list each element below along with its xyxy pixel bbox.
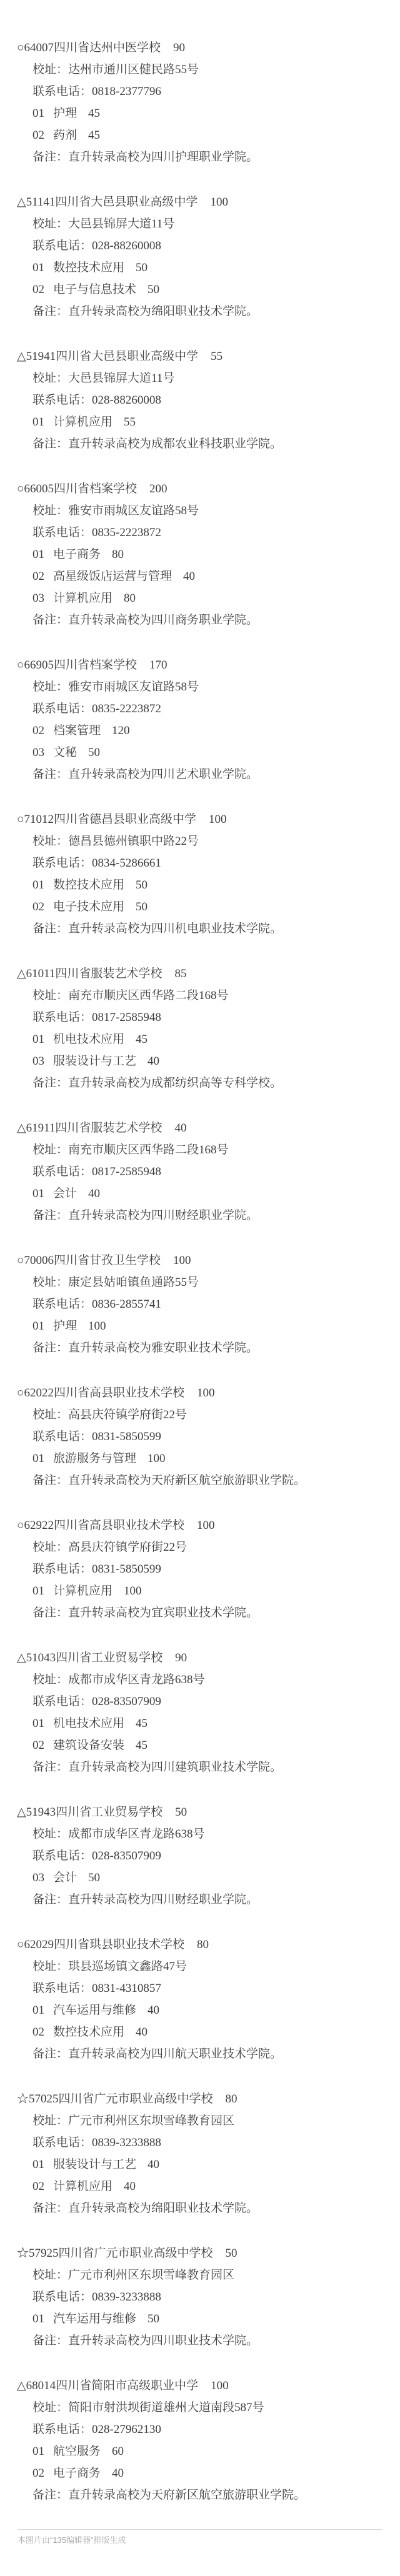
phone-label: 联系电话： [32,1430,92,1443]
major-row: 01计算机应用55 [0,411,400,433]
major-name: 航空服务 [53,2445,101,2458]
remark-value: 直升转录高校为四川建筑职业技术学院。 [68,1761,282,1774]
phone-value: 0834-5286661 [92,857,161,870]
school-title-row: ○66005四川省档案学校200 [0,478,400,500]
school-phone-row: 联系电话：0835-2223872 [0,522,400,544]
major-row: 01服装设计与工艺40 [0,2154,400,2176]
major-name: 汽车运用与维修 [53,2004,136,2017]
school-code: 64007 [24,41,54,54]
major-row: 03服装设计与工艺40 [0,1050,400,1072]
school-code: 57925 [29,2247,59,2260]
major-number: 02 [32,1739,44,1752]
major-quota: 50 [136,878,147,892]
phone-value: 0831-4310857 [92,1982,161,1995]
school-code: 71012 [24,813,54,826]
school-entry: ☆57025四川省广元市职业高级中学校80 校址：广元市利州区东坝雪峰教育园区 … [0,2088,400,2219]
major-name: 计算机应用 [53,1584,112,1598]
major-name: 电子商务 [53,548,101,561]
address-value: 成都市成华区青龙路638号 [68,1673,205,1686]
major-row: 02电子商务40 [0,2462,400,2484]
school-name: 四川省德昌县职业高级中学 [54,813,196,826]
school-marker-icon: ☆ [17,2092,29,2106]
school-name: 四川省简阳市高级职业中学 [56,2379,198,2392]
school-code: 51043 [26,1651,56,1664]
school-name: 四川省达州中医学校 [54,41,161,54]
address-value: 雅安市雨城区友谊路58号 [68,504,199,517]
school-entry: ○62922四川省高县职业技术学校100 校址：高县庆符镇学府街22号 联系电话… [0,1514,400,1624]
school-name: 四川省档案学校 [54,659,137,672]
major-name: 汽车运用与维修 [53,2312,136,2325]
school-phone-row: 联系电话：0835-2223872 [0,698,400,720]
phone-label: 联系电话： [32,526,92,539]
major-number: 01 [32,415,44,429]
major-number: 02 [32,724,44,737]
school-total-quota: 85 [174,967,186,980]
phone-label: 联系电话： [32,702,92,715]
major-quota: 50 [88,1871,100,1884]
school-marker-icon: △ [17,1121,26,1135]
school-code: 51141 [26,196,56,209]
school-address-row: 校址：广元市利州区东坝雪峰教育园区 [0,2264,400,2286]
major-number: 01 [32,1584,44,1598]
major-number: 02 [32,900,44,913]
school-title-row: ☆57025四川省广元市职业高级中学校80 [0,2088,400,2110]
remark-label: 备注： [32,2202,68,2215]
school-marker-icon: ○ [17,813,24,826]
major-quota: 40 [88,1187,100,1200]
phone-label: 联系电话： [32,1298,92,1311]
address-label: 校址： [32,1673,68,1686]
major-row: 02计算机应用40 [0,2176,400,2197]
remark-label: 备注： [32,151,68,164]
major-number: 02 [32,283,44,296]
school-name: 四川省大邑县职业高级中学 [56,350,198,363]
major-name: 建筑设备安装 [53,1739,124,1752]
address-label: 校址： [32,1960,68,1973]
school-entry: △68014四川省简阳市高级职业中学100 校址：简阳市射洪坝街道雄州大道南段5… [0,2375,400,2506]
major-quota: 50 [147,283,159,296]
phone-value: 028-88260008 [92,394,161,407]
school-code: 70006 [24,1254,54,1267]
school-total-quota: 100 [211,2379,229,2392]
major-number: 01 [32,1033,44,1046]
remark-label: 备注： [32,1341,68,1355]
school-total-quota: 100 [209,813,227,826]
address-label: 校址： [32,504,68,517]
school-entry: △61011四川省服装艺术学校85 校址：南充市顺庆区西华路二段168号 联系电… [0,963,400,1094]
phone-label: 联系电话： [32,2423,92,2436]
remark-label: 备注： [32,1209,68,1222]
school-total-quota: 50 [226,2247,237,2260]
school-code: 61011 [26,967,56,980]
school-address-row: 校址：雅安市雨城区友谊路58号 [0,676,400,698]
address-label: 校址： [32,1541,68,1554]
school-entry: △51141四川省大邑县职业高级中学100 校址：大邑县锦屏大道11号 联系电话… [0,191,400,322]
major-name: 会计 [53,1187,77,1200]
school-address-row: 校址：珙县巡场镇文鑫路47号 [0,1956,400,1977]
address-value: 珙县巡场镇文鑫路47号 [68,1960,187,1973]
footer-divider [17,2529,382,2530]
school-entry: ○62029四川省珙县职业技术学校80 校址：珙县巡场镇文鑫路47号 联系电话：… [0,1934,400,2065]
major-quota: 40 [124,2180,136,2193]
school-name: 四川省服装艺术学校 [55,1121,162,1135]
remark-label: 备注： [32,2047,68,2061]
major-name: 护理 [53,1320,77,1333]
major-quota: 120 [112,724,130,737]
remark-value: 直升转录高校为天府新区航空旅游职业学院。 [68,1474,306,1487]
major-number: 03 [32,592,44,605]
major-row: 02药剂45 [0,124,400,146]
major-name: 计算机应用 [53,415,112,429]
school-code: 62029 [24,1938,54,1951]
major-name: 机电技术应用 [53,1717,124,1730]
address-value: 广元市利州区东坝雪峰教育园区 [68,2114,234,2127]
address-value: 大邑县锦屏大道11号 [68,217,174,231]
major-quota: 50 [136,900,147,913]
phone-value: 0835-2223872 [92,702,161,715]
school-entry: ○62022四川省高县职业技术学校100 校址：高县庆符镇学府街22号 联系电话… [0,1382,400,1491]
address-value: 达州市通川区健民路55号 [68,63,199,76]
footer-credit: 本图片由“135编辑器”排版生成 [0,2535,400,2546]
major-name: 高星级饭店运营与管理 [53,570,172,583]
major-name: 会计 [53,1871,77,1884]
phone-label: 联系电话： [32,1849,92,1862]
school-total-quota: 80 [197,1938,209,1951]
school-title-row: ○66905四川省档案学校170 [0,654,400,676]
school-phone-row: 联系电话：0839-3233888 [0,2286,400,2308]
remark-label: 备注： [32,1761,68,1774]
major-quota: 100 [88,1320,106,1333]
major-quota: 40 [147,1055,159,1068]
school-address-row: 校址：成都市成华区青龙路638号 [0,1669,400,1691]
school-marker-icon: △ [17,1651,26,1664]
address-label: 校址： [32,2401,68,2414]
address-value: 广元市利州区东坝雪峰教育园区 [68,2269,234,2282]
school-name: 四川省高县职业技术学校 [54,1519,184,1532]
major-number: 01 [32,878,44,892]
school-code: 61911 [26,1121,56,1135]
phone-value: 0818-2377796 [92,85,161,98]
remark-value: 直升转录高校为成都农业科技职业学院。 [68,437,282,450]
phone-value: 0817-2585948 [92,1011,161,1024]
school-total-quota: 90 [173,41,185,54]
school-phone-row: 联系电话：0818-2377796 [0,81,400,102]
school-marker-icon: ○ [17,1386,24,1400]
major-number: 03 [32,1055,44,1068]
school-marker-icon: △ [17,2379,26,2392]
school-phone-row: 联系电话：0817-2585948 [0,1161,400,1183]
major-name: 计算机应用 [53,592,112,605]
school-marker-icon: △ [17,967,26,980]
address-label: 校址： [32,1828,68,1841]
school-total-quota: 170 [149,659,167,672]
major-name: 文秘 [53,746,77,759]
school-marker-icon: ○ [17,41,24,54]
school-remark-row: 备注：直升转录高校为成都纺织高等专科学校。 [0,1072,400,1094]
major-quota: 40 [136,2026,147,2039]
remark-value: 直升转录高校为天府新区航空旅游职业学院。 [68,2489,306,2502]
school-code: 57025 [29,2092,59,2106]
major-number: 03 [32,746,44,759]
major-number: 02 [32,2180,44,2193]
phone-value: 0817-2585948 [92,1165,161,1178]
phone-value: 0831-5850599 [92,1563,161,1576]
school-phone-row: 联系电话：0831-5850599 [0,1426,400,1448]
major-quota: 60 [112,2445,124,2458]
school-title-row: ○62022四川省高县职业技术学校100 [0,1382,400,1404]
school-total-quota: 200 [149,482,167,495]
address-value: 南充市顺庆区西华路二段168号 [68,1143,229,1156]
school-total-quota: 100 [197,1519,215,1532]
major-number: 01 [32,1717,44,1730]
school-total-quota: 100 [173,1254,191,1267]
school-address-row: 校址：高县庆符镇学府街22号 [0,1536,400,1558]
school-phone-row: 联系电话：028-88260008 [0,235,400,257]
address-label: 校址： [32,2269,68,2282]
school-address-row: 校址：大邑县锦屏大道11号 [0,367,400,389]
school-name: 四川省甘孜卫生学校 [54,1254,161,1267]
remark-value: 直升转录高校为绵阳职业技术学院。 [68,305,258,318]
major-number: 01 [32,2004,44,2017]
major-number: 01 [32,1320,44,1333]
major-name: 档案管理 [53,724,101,737]
school-entry: ○66905四川省档案学校170 校址：雅安市雨城区友谊路58号 联系电话：08… [0,654,400,785]
school-address-row: 校址：大邑县锦屏大道11号 [0,213,400,235]
school-entry: ○66005四川省档案学校200 校址：雅安市雨城区友谊路58号 联系电话：08… [0,478,400,631]
school-code: 66905 [24,659,54,672]
address-label: 校址： [32,1276,68,1289]
school-title-row: △51941四川省大邑县职业高级中学55 [0,346,400,367]
phone-label: 联系电话： [32,857,92,870]
school-address-row: 校址：成都市成华区青龙路638号 [0,1823,400,1845]
major-name: 服装设计与工艺 [53,2158,136,2171]
school-entry: ○70006四川省甘孜卫生学校100 校址：康定县姑咱镇鱼通路55号 联系电话：… [0,1250,400,1359]
major-name: 旅游服务与管理 [53,1452,136,1465]
major-name: 药剂 [53,129,77,142]
major-number: 01 [32,261,44,274]
major-quota: 45 [136,1717,147,1730]
school-title-row: ○62922四川省高县职业技术学校100 [0,1514,400,1536]
address-value: 康定县姑咱镇鱼通路55号 [68,1276,199,1289]
phone-label: 联系电话： [32,2136,92,2149]
school-entry: △51043四川省工业贸易学校90 校址：成都市成华区青龙路638号 联系电话：… [0,1647,400,1778]
school-address-row: 校址：雅安市雨城区友谊路58号 [0,500,400,522]
remark-value: 直升转录高校为成都纺织高等专科学校。 [68,1077,282,1090]
school-name: 四川省广元市职业高级中学校 [59,2092,213,2106]
major-row: 01汽车运用与维修50 [0,2308,400,2330]
phone-label: 联系电话： [32,1982,92,1995]
remark-label: 备注： [32,614,68,627]
school-title-row: ☆57925四川省广元市职业高级中学校50 [0,2242,400,2264]
school-phone-row: 联系电话：028-27962130 [0,2419,400,2440]
school-phone-row: 联系电话：0834-5286661 [0,852,400,874]
major-quota: 55 [124,415,136,429]
address-value: 德昌县德州镇职中路22号 [68,835,199,848]
major-row: 02高星级饭店运营与管理40 [0,565,400,587]
major-name: 电子商务 [53,2467,101,2480]
remark-value: 直升转录高校为四川职业技术学院。 [68,2334,258,2347]
school-entry: △51941四川省大邑县职业高级中学55 校址：大邑县锦屏大道11号 联系电话：… [0,346,400,455]
school-address-row: 校址：高县庆符镇学府街22号 [0,1404,400,1426]
school-marker-icon: △ [17,1806,26,1819]
school-total-quota: 55 [211,350,222,363]
remark-value: 直升转录高校为四川财经职业学院。 [68,1209,258,1222]
phone-label: 联系电话： [32,1165,92,1178]
school-total-quota: 80 [226,2092,237,2106]
major-row: 03会计50 [0,1867,400,1889]
school-phone-row: 联系电话：028-83507909 [0,1691,400,1713]
school-title-row: △61011四川省服装艺术学校85 [0,963,400,985]
school-marker-icon: ☆ [17,2247,29,2260]
major-name: 数控技术应用 [53,2026,124,2039]
remark-value: 直升转录高校为绵阳职业技术学院。 [68,2202,258,2215]
address-label: 校址： [32,217,68,231]
major-number: 01 [32,548,44,561]
school-remark-row: 备注：直升转录高校为四川艺术职业学院。 [0,763,400,785]
phone-value: 028-88260008 [92,239,161,252]
major-row: 01数控技术应用50 [0,257,400,279]
major-number: 01 [32,1452,44,1465]
phone-value: 0836-2855741 [92,1298,161,1311]
major-quota: 50 [88,746,100,759]
school-remark-row: 备注：直升转录高校为雅安职业技术学院。 [0,1337,400,1359]
major-row: 01计算机应用100 [0,1580,400,1602]
school-code: 62022 [24,1386,54,1400]
school-marker-icon: △ [17,350,26,363]
phone-value: 0831-5850599 [92,1430,161,1443]
remark-label: 备注： [32,1474,68,1487]
school-title-row: ○70006四川省甘孜卫生学校100 [0,1250,400,1271]
school-remark-row: 备注：直升转录高校为四川机电职业技术学院。 [0,918,400,940]
school-total-quota: 90 [175,1651,187,1664]
phone-label: 联系电话： [32,85,92,98]
school-title-row: △51043四川省工业贸易学校90 [0,1647,400,1669]
remark-value: 直升转录高校为四川护理职业学院。 [68,151,258,164]
school-phone-row: 联系电话：0839-3233888 [0,2132,400,2154]
school-total-quota: 40 [174,1121,186,1135]
school-title-row: ○64007四川省达州中医学校90 [0,37,400,59]
major-row: 01会计40 [0,1183,400,1205]
phone-label: 联系电话： [32,1563,92,1576]
school-name: 四川省高县职业技术学校 [54,1386,184,1400]
remark-value: 直升转录高校为四川艺术职业学院。 [68,768,258,781]
major-name: 数控技术应用 [53,261,124,274]
major-row: 02电子与信息技术50 [0,279,400,301]
major-number: 01 [32,2312,44,2325]
major-quota: 45 [136,1739,147,1752]
major-quota: 50 [147,2312,159,2325]
school-address-row: 校址：康定县姑咱镇鱼通路55号 [0,1271,400,1293]
school-phone-row: 联系电话：0831-4310857 [0,1977,400,1999]
school-remark-row: 备注：直升转录高校为绵阳职业技术学院。 [0,2197,400,2219]
major-quota: 40 [147,2004,159,2017]
school-remark-row: 备注：直升转录高校为四川财经职业学院。 [0,1205,400,1226]
school-remark-row: 备注：直升转录高校为四川商务职业学院。 [0,609,400,631]
remark-value: 直升转录高校为四川航天职业技术学院。 [68,2047,282,2061]
major-name: 电子与信息技术 [53,283,136,296]
phone-label: 联系电话： [32,394,92,407]
address-value: 简阳市射洪坝街道雄州大道南段587号 [68,2401,264,2414]
school-marker-icon: ○ [17,1254,24,1267]
school-title-row: △51943四川省工业贸易学校50 [0,1801,400,1823]
major-number: 01 [32,2445,44,2458]
remark-label: 备注： [32,437,68,450]
major-number: 02 [32,2026,44,2039]
major-row: 02档案管理120 [0,720,400,742]
school-entry: △61911四川省服装艺术学校40 校址：南充市顺庆区西华路二段168号 联系电… [0,1117,400,1226]
address-value: 大邑县锦屏大道11号 [68,372,174,385]
school-code: 51941 [26,350,56,363]
address-value: 成都市成华区青龙路638号 [68,1828,205,1841]
major-row: 01汽车运用与维修40 [0,1999,400,2021]
remark-value: 直升转录高校为雅安职业技术学院。 [68,1341,258,1355]
school-total-quota: 50 [175,1806,187,1819]
major-quota: 80 [112,548,124,561]
school-total-quota: 100 [210,196,228,209]
address-label: 校址： [32,63,68,76]
remark-label: 备注： [32,1893,68,1906]
major-quota: 50 [136,261,147,274]
school-remark-row: 备注：直升转录高校为天府新区航空旅游职业学院。 [0,2484,400,2506]
school-code: 68014 [26,2379,56,2392]
admissions-directory-page: ○64007四川省达州中医学校90 校址：达州市通川区健民路55号 联系电话：0… [0,0,400,2576]
address-value: 高县庆符镇学府街22号 [68,1541,187,1554]
address-label: 校址： [32,372,68,385]
school-name: 四川省工业贸易学校 [56,1806,162,1819]
school-entry: ○71012四川省德昌县职业高级中学100 校址：德昌县德州镇职中路22号 联系… [0,808,400,940]
school-address-row: 校址：南充市顺庆区西华路二段168号 [0,985,400,1007]
school-remark-row: 备注：直升转录高校为四川建筑职业技术学院。 [0,1756,400,1778]
school-marker-icon: ○ [17,1519,24,1532]
remark-label: 备注： [32,305,68,318]
remark-value: 直升转录高校为宜宾职业技术学院。 [68,1606,258,1619]
school-entry: △51943四川省工业贸易学校50 校址：成都市成华区青龙路638号 联系电话：… [0,1801,400,1911]
phone-value: 028-83507909 [92,1695,161,1708]
major-number: 02 [32,2467,44,2480]
school-code: 66005 [24,482,54,495]
major-row: 01护理45 [0,102,400,124]
major-row: 01旅游服务与管理100 [0,1448,400,1470]
school-marker-icon: ○ [17,659,24,672]
remark-label: 备注： [32,2489,68,2502]
school-address-row: 校址：简阳市射洪坝街道雄州大道南段587号 [0,2397,400,2419]
major-name: 数控技术应用 [53,878,124,892]
address-value: 南充市顺庆区西华路二段168号 [68,989,229,1002]
address-value: 高县庆符镇学府街22号 [68,1408,187,1421]
address-value: 雅安市雨城区友谊路58号 [68,680,199,694]
school-name: 四川省珙县职业技术学校 [54,1938,184,1951]
school-remark-row: 备注：直升转录高校为成都农业科技职业学院。 [0,433,400,455]
school-remark-row: 备注：直升转录高校为四川航天职业技术学院。 [0,2043,400,2065]
school-phone-row: 联系电话：0817-2585948 [0,1007,400,1028]
school-address-row: 校址：广元市利州区东坝雪峰教育园区 [0,2110,400,2132]
phone-value: 0835-2223872 [92,526,161,539]
school-marker-icon: ○ [17,1938,24,1951]
major-quota: 80 [124,592,136,605]
major-name: 服装设计与工艺 [53,1055,136,1068]
address-label: 校址： [32,1408,68,1421]
major-number: 01 [32,107,44,120]
school-title-row: △68014四川省简阳市高级职业中学100 [0,2375,400,2397]
phone-label: 联系电话： [32,239,92,252]
school-remark-row: 备注：直升转录高校为四川职业技术学院。 [0,2330,400,2352]
phone-value: 0839-3233888 [92,2136,161,2149]
major-row: 01机电技术应用45 [0,1028,400,1050]
major-row: 02电子技术应用50 [0,896,400,918]
school-remark-row: 备注：直升转录高校为四川财经职业学院。 [0,1889,400,1911]
phone-label: 联系电话： [32,1695,92,1708]
remark-value: 直升转录高校为四川商务职业学院。 [68,614,258,627]
